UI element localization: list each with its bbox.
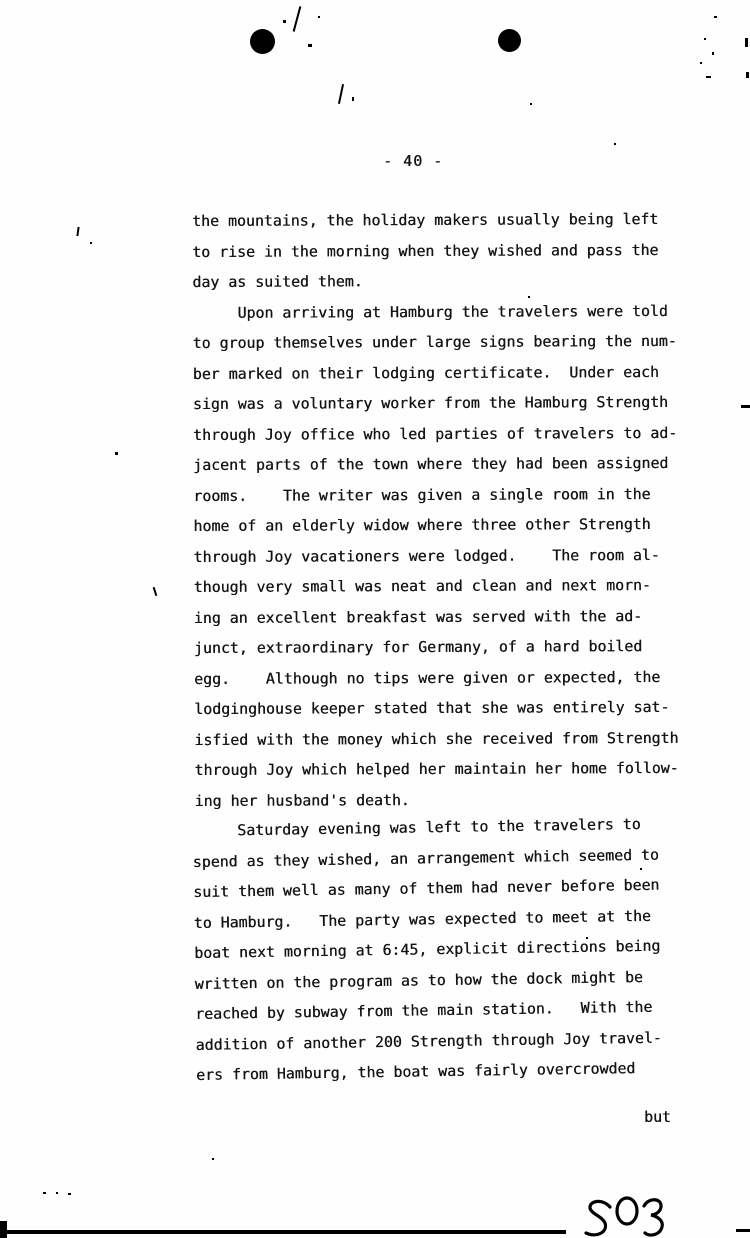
- text-line: isfied with the money which she received…: [194, 722, 714, 755]
- scan-speck: [338, 84, 344, 104]
- typewritten-text-lower: Saturday evening was left to the travele…: [192, 808, 716, 1091]
- typewritten-text-upper: the mountains, the holiday makers usuall…: [192, 204, 715, 816]
- scan-speck: [712, 52, 714, 55]
- scan-speck: [308, 44, 312, 47]
- text-line: home of an elderly widow where three oth…: [193, 509, 713, 542]
- catchword: but: [644, 1108, 671, 1126]
- scan-speck: [283, 20, 286, 23]
- text-line: through Joy office who led parties of tr…: [193, 417, 713, 450]
- scan-speck: [212, 1158, 214, 1160]
- scan-speck: [352, 97, 354, 101]
- scan-speck: [153, 587, 158, 596]
- handwritten-number: [580, 1194, 676, 1238]
- text-line: the mountains, the holiday makers usuall…: [192, 204, 712, 237]
- scan-speck: [746, 72, 749, 78]
- punch-hole-right-icon: [498, 29, 521, 52]
- punch-hole-left-icon: [250, 29, 275, 54]
- text-line: to group themselves under large signs be…: [193, 326, 713, 359]
- text-line: ber marked on their lodging certificate.…: [193, 356, 713, 389]
- scan-speck: [586, 937, 588, 939]
- scan-speck: [56, 1192, 58, 1194]
- scan-speck: [704, 38, 706, 40]
- text-line: rooms. The writer was given a single roo…: [193, 478, 713, 511]
- scan-speck: [43, 1192, 46, 1194]
- scan-speck: [293, 6, 302, 32]
- scan-speck: [318, 16, 320, 18]
- text-line: jacent parts of the town where they had …: [193, 448, 713, 481]
- scan-speck: [714, 16, 717, 18]
- scan-speck: [76, 227, 79, 236]
- text-line: day as suited them.: [192, 265, 712, 298]
- text-line: to rise in the morning when they wished …: [192, 234, 712, 267]
- handwritten-digit-3: [644, 1200, 662, 1235]
- text-line: lodginghouse keeper stated that she was …: [194, 692, 714, 725]
- scan-speck: [706, 76, 711, 78]
- text-line: though very small was neat and clean and…: [194, 570, 714, 603]
- text-line: junct, extraordinary for Germany, of a h…: [194, 631, 714, 664]
- scan-speck: [90, 242, 92, 244]
- scan-speck: [640, 868, 642, 870]
- scan-speck: [528, 296, 530, 298]
- text-line: Upon arriving at Hamburg the travelers w…: [192, 295, 712, 328]
- scan-speck: [115, 452, 118, 455]
- scan-speck: [614, 143, 616, 145]
- scan-speck: [745, 38, 748, 47]
- scan-bottom-line: [6, 1230, 566, 1234]
- scan-bottom-line-right: [736, 1229, 750, 1232]
- scan-speck: [700, 62, 702, 64]
- scanned-document-page: - 40 - the mountains, the holiday makers…: [0, 0, 750, 1238]
- handwritten-digit-0: [617, 1198, 637, 1224]
- page-number: - 40 -: [383, 152, 443, 170]
- text-line: egg. Although no tips were given or expe…: [194, 661, 714, 694]
- text-line: through Joy vacationers were lodged. The…: [193, 539, 713, 572]
- handwritten-digit-5: [586, 1201, 610, 1234]
- scan-speck: [68, 1193, 71, 1195]
- text-line: ing an excellent breakfast was served wi…: [194, 600, 714, 633]
- scan-speck: [530, 103, 532, 105]
- scan-speck: [741, 405, 750, 408]
- text-line: through Joy which helped her maintain he…: [194, 753, 714, 786]
- text-line: sign was a voluntary worker from the Ham…: [193, 387, 713, 420]
